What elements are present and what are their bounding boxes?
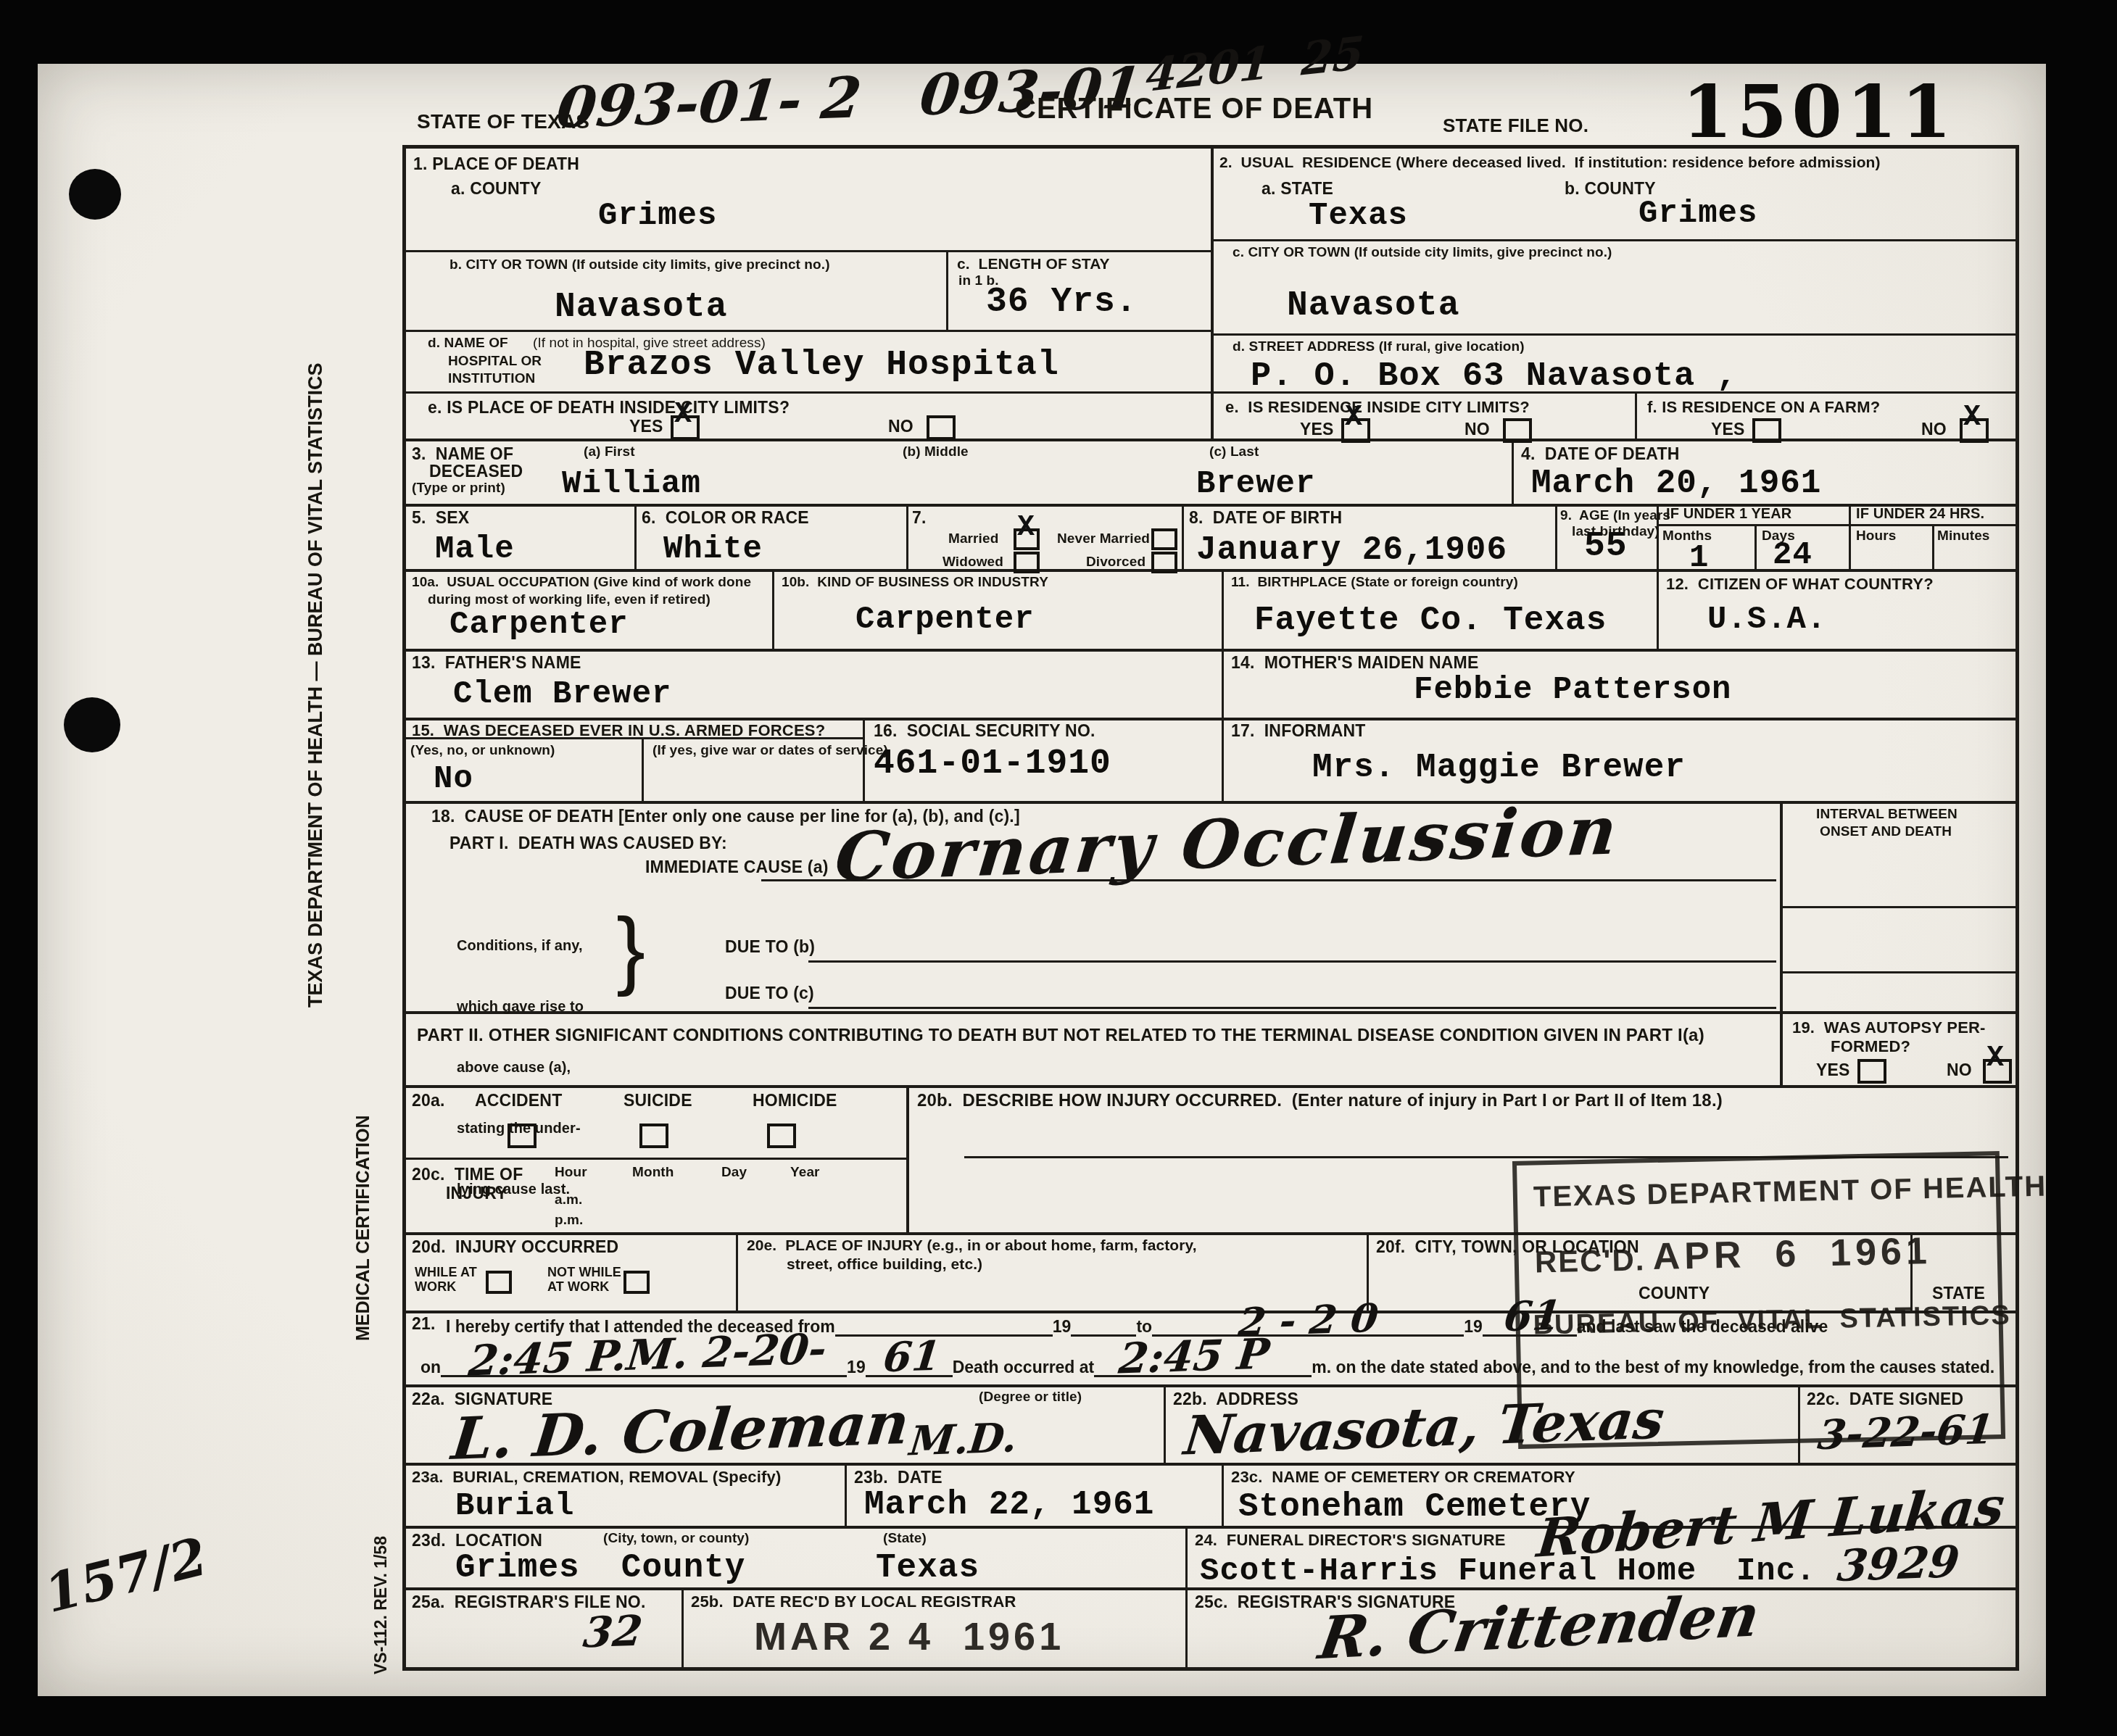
residence-limits-no-checkbox[interactable]	[1503, 418, 1532, 443]
business-value: Carpenter	[855, 602, 1035, 638]
due-to-c-label: DUE TO (c)	[725, 984, 814, 1003]
year-label: Year	[790, 1165, 820, 1181]
certify-from-blank	[835, 1334, 1053, 1337]
date-of-death-value: March 20, 1961	[1531, 465, 1821, 502]
mother-name-label: 14. MOTHER'S MAIDEN NAME	[1231, 653, 1478, 673]
burial-label: 23a. BURIAL, CREMATION, REMOVAL (Specify…	[412, 1468, 782, 1487]
widowed-label: Widowed	[942, 555, 1003, 570]
burial-date-label: 23b. DATE	[854, 1468, 942, 1487]
accident-label: ACCIDENT	[475, 1091, 562, 1110]
state-file-no-label: STATE FILE NO.	[1443, 115, 1588, 137]
last-name-label: (c) Last	[1209, 444, 1259, 460]
autopsy-no-checkbox[interactable]: X	[1983, 1059, 2012, 1084]
usual-residence-section-label: 2. USUAL RESIDENCE (Where deceased lived…	[1219, 154, 1881, 172]
punch-hole	[64, 697, 120, 752]
place-city-limits-label: e. IS PLACE OF DEATH INSIDE CITY LIMITS?	[428, 398, 790, 418]
form-code-text: VS-112. REV. 1/58	[371, 1457, 391, 1674]
age-label-1: 9. AGE (In years	[1560, 508, 1670, 524]
age-value: 55	[1584, 527, 1628, 566]
last-name-value: Brewer	[1196, 466, 1315, 502]
birthplace-value: Fayette Co. Texas	[1254, 602, 1607, 639]
margin-department-text: TEXAS DEPARTMENT OF HEALTH — BUREAU OF V…	[304, 312, 327, 1008]
conditions-note-line: Conditions, if any,	[457, 936, 584, 956]
pm-label: p.m.	[555, 1213, 583, 1229]
city-value: Navasota	[555, 288, 727, 327]
farm-yes-checkbox[interactable]	[1752, 418, 1781, 443]
location-sub1: (City, town, or county)	[603, 1531, 749, 1547]
location-label: 23d. LOCATION	[412, 1531, 542, 1550]
place-of-injury-label-1: 20e. PLACE OF INJURY (e.g., in or about …	[747, 1237, 1197, 1255]
residence-limits-yes-label: YES	[1300, 420, 1334, 439]
certify-to-year-handwritten: 61	[1501, 1292, 1563, 1342]
minutes-label: Minutes	[1937, 528, 1989, 544]
certify-text-2b: m. on the date stated above, and to the …	[1312, 1358, 1994, 1377]
homicide-checkbox[interactable]	[767, 1124, 796, 1148]
married-mark: X	[1017, 512, 1035, 544]
occupation-value: Carpenter	[449, 607, 629, 643]
immediate-cause-label: IMMEDIATE CAUSE (a)	[645, 857, 829, 877]
hospital-label-2: HOSPITAL OR	[448, 354, 542, 370]
citizen-value: U.S.A.	[1707, 602, 1826, 638]
months-value: 1	[1689, 540, 1709, 576]
under-1-year-label: IF UNDER 1 YEAR	[1666, 506, 1791, 523]
armed-forces-value: No	[434, 761, 473, 797]
armed-forces-sub2: (If yes, give war or dates of service)	[652, 743, 888, 759]
degree-or-title-label: (Degree or title)	[979, 1390, 1082, 1405]
widowed-checkbox[interactable]	[1014, 552, 1040, 573]
farm-yes-label: YES	[1711, 420, 1745, 439]
certify-year-prefix-3: 19	[847, 1358, 866, 1377]
ssn-label: 16. SOCIAL SECURITY NO.	[874, 721, 1095, 741]
name-of-deceased-label-3: (Type or print)	[412, 481, 505, 497]
farm-no-label: NO	[1921, 420, 1947, 439]
certify-on-year-handwritten: 61	[881, 1332, 942, 1382]
never-married-checkbox[interactable]	[1151, 528, 1177, 550]
date-of-birth-label: 8. DATE OF BIRTH	[1189, 508, 1342, 528]
time-of-injury-label-2: INJURY	[446, 1184, 507, 1203]
certify-text-2a: Death occurred at	[953, 1358, 1095, 1377]
conditions-note-line: above cause (a),	[457, 1058, 584, 1078]
accident-checkbox[interactable]	[507, 1124, 536, 1148]
funeral-home-number-handwritten: 3929	[1835, 1537, 1962, 1592]
armed-forces-sub1: (Yes, no, or unknown)	[410, 743, 555, 759]
father-name-label: 13. FATHER'S NAME	[412, 653, 581, 673]
street-address-label: d. STREET ADDRESS (If rural, give locati…	[1232, 339, 1525, 355]
place-limits-yes-mark: X	[674, 399, 692, 431]
state-file-number: 15011	[1682, 69, 1956, 154]
not-while-at-work-checkbox[interactable]	[623, 1271, 650, 1294]
autopsy-label-1: 19. WAS AUTOPSY PER-	[1792, 1018, 1986, 1037]
under-24-hrs-label: IF UNDER 24 HRS.	[1856, 506, 1984, 523]
place-limits-yes-label: YES	[629, 417, 663, 436]
date-signed-label: 22c. DATE SIGNED	[1807, 1390, 1963, 1409]
ssn-value: 461-01-1910	[874, 744, 1111, 784]
place-limits-no-label: NO	[888, 417, 913, 436]
hospital-label-3: INSTITUTION	[448, 371, 535, 387]
stamp-line-1: TEXAS DEPARTMENT OF HEALTH	[1533, 1171, 2047, 1214]
residence-city-label: c. CITY OR TOWN (If outside city limits,…	[1232, 245, 1612, 261]
autopsy-no-label: NO	[1947, 1060, 1972, 1080]
residence-limits-yes-checkbox[interactable]: X	[1341, 418, 1370, 443]
certify-text-1b: and last saw the deceased alive	[1577, 1317, 1828, 1337]
autopsy-no-mark: X	[1986, 1042, 2004, 1075]
county-label: a. COUNTY	[451, 179, 541, 199]
marital-label: 7.	[912, 508, 927, 528]
certify-on-label: on	[420, 1358, 441, 1377]
physician-degree-handwritten: M.D.	[907, 1413, 1019, 1465]
homicide-label: HOMICIDE	[753, 1091, 837, 1110]
place-limits-yes-checkbox[interactable]: X	[671, 415, 700, 440]
death-certificate-scan: 157/2 TEXAS DEPARTMENT OF HEALTH — BUREA…	[0, 0, 2117, 1736]
conditions-brace: }	[616, 899, 645, 999]
hospital-label-1: d. NAME OF	[428, 336, 508, 352]
punch-hole	[69, 169, 121, 220]
autopsy-yes-checkbox[interactable]	[1857, 1059, 1886, 1084]
cemetery-value: Stoneham Cemetery	[1238, 1488, 1591, 1526]
date-signed-handwritten: 3-22-61	[1815, 1405, 1996, 1459]
armed-forces-label: 15. WAS DECEASED EVER IN U.S. ARMED FORC…	[412, 721, 825, 740]
certification-number: 21.	[412, 1314, 436, 1334]
informant-value: Mrs. Maggie Brewer	[1312, 749, 1686, 786]
not-while-at-work-label-1: NOT WHILE	[547, 1265, 621, 1280]
name-of-deceased-label-1: 3. NAME OF	[412, 444, 513, 464]
hospital-value: Brazos Valley Hospital	[584, 346, 1059, 385]
date-of-death-label: 4. DATE OF DEATH	[1521, 444, 1680, 464]
burial-date-value: March 22, 1961	[864, 1486, 1154, 1524]
while-at-work-label-2: WORK	[415, 1279, 456, 1295]
location-value: Grimes County	[455, 1549, 745, 1587]
part2-label: PART II. OTHER SIGNIFICANT CONDITIONS CO…	[417, 1026, 1704, 1046]
certify-on-year-blank: 61	[866, 1375, 953, 1377]
cemetery-label: 23c. NAME OF CEMETERY OR CREMATORY	[1231, 1468, 1575, 1487]
mother-name-value: Febbie Patterson	[1414, 672, 1731, 708]
residence-city-value: Navasota	[1287, 286, 1459, 325]
color-race-value: White	[663, 531, 763, 568]
sex-value: Male	[435, 531, 515, 568]
residence-county-value: Grimes	[1638, 196, 1757, 232]
certificate-form: 1. PLACE OF DEATH a. COUNTY Grimes b. CI…	[402, 145, 2019, 1671]
residence-farm-label: f. IS RESIDENCE ON A FARM?	[1647, 398, 1880, 417]
residence-limits-label: e. IS RESIDENCE INSIDE CITY LIMITS?	[1225, 398, 1530, 417]
autopsy-yes-label: YES	[1816, 1060, 1850, 1080]
divorced-label: Divorced	[1086, 555, 1145, 570]
residence-state-value: Texas	[1309, 198, 1408, 234]
death-time-handwritten: 2:45 P	[1116, 1329, 1272, 1383]
certify-on-blank: 2:45 P.M. 2-20-	[441, 1375, 847, 1377]
margin-medical-certification-text: MEDICAL CERTIFICATION	[353, 1037, 374, 1341]
not-while-at-work-label-2: AT WORK	[547, 1279, 609, 1295]
name-of-deceased-label-2: DECEASED	[429, 462, 523, 481]
interval-header-2: ONSET AND DEATH	[1820, 824, 1952, 840]
registrar-file-value-handwritten: 32	[581, 1606, 645, 1658]
business-label: 10b. KIND OF BUSINESS OR INDUSTRY	[782, 575, 1048, 591]
birthplace-label: 11. BIRTHPLACE (State or foreign country…	[1231, 575, 1518, 591]
residence-state-label: a. STATE	[1261, 179, 1333, 199]
length-of-stay-value: 36 Yrs.	[986, 283, 1138, 322]
certify-year-prefix: 19	[1053, 1317, 1072, 1337]
injury-occurred-label: 20d. INJURY OCCURRED	[412, 1237, 618, 1257]
place-of-death-section-label: 1. PLACE OF DEATH	[413, 154, 579, 174]
funeral-director-label: 24. FUNERAL DIRECTOR'S SIGNATURE	[1195, 1531, 1506, 1550]
month-label: Month	[632, 1165, 674, 1181]
married-label: Married	[948, 531, 998, 547]
days-value: 24	[1773, 537, 1812, 573]
county-value: Grimes	[598, 198, 717, 234]
married-checkbox[interactable]: X	[1014, 528, 1040, 550]
certify-year-prefix-2: 19	[1464, 1317, 1483, 1337]
stamp-recd-label: REC'D.	[1534, 1242, 1646, 1279]
date-of-birth-value: January 26,1906	[1196, 531, 1507, 569]
while-at-work-checkbox[interactable]	[486, 1271, 512, 1294]
place-limits-no-checkbox[interactable]	[927, 415, 956, 440]
middle-name-label: (b) Middle	[903, 444, 969, 460]
certify-to-year-blank: 61	[1483, 1334, 1577, 1337]
certificate-title: CERTIFICATE OF DEATH	[1015, 93, 1373, 125]
street-address-value: P. O. Box 63 Navasota ,	[1251, 357, 1738, 396]
suicide-checkbox[interactable]	[639, 1124, 668, 1148]
length-of-stay-label: c. LENGTH OF STAY	[957, 256, 1110, 273]
city-label: b. CITY OR TOWN (If outside city limits,…	[449, 257, 830, 273]
injury-20a-label: 20a.	[412, 1091, 445, 1110]
occupation-label-1: 10a. USUAL OCCUPATION (Give kind of work…	[412, 575, 751, 591]
autopsy-label-2: FORMED?	[1831, 1037, 1910, 1056]
am-label: a.m.	[555, 1192, 582, 1208]
part1-label: PART I. DEATH WAS CAUSED BY:	[449, 834, 727, 853]
residence-limits-yes-mark: X	[1345, 402, 1362, 434]
informant-label: 17. INFORMANT	[1231, 721, 1366, 741]
location-sub2: (State)	[883, 1531, 927, 1547]
date-received-stamp: MAR 2 4 1961	[754, 1614, 1064, 1659]
sex-label: 5. SEX	[412, 508, 469, 528]
describe-injury-label: 20b. DESCRIBE HOW INJURY OCCURRED. (Ente…	[917, 1091, 1723, 1111]
residence-limits-no-label: NO	[1464, 420, 1490, 439]
never-married-label: Never Married	[1057, 531, 1150, 547]
while-at-work-label-1: WHILE AT	[415, 1265, 477, 1280]
stamp-date: APR 6 1961	[1652, 1229, 1931, 1279]
occupation-label-2: during most of working life, even if ret…	[428, 592, 710, 608]
time-of-injury-label-1: 20c. TIME OF	[412, 1165, 523, 1184]
due-to-b-label: DUE TO (b)	[725, 937, 815, 957]
father-name-value: Clem Brewer	[453, 676, 671, 713]
day-label: Day	[721, 1165, 747, 1181]
farm-no-checkbox[interactable]: X	[1960, 418, 1989, 443]
first-name-value: William	[562, 466, 701, 502]
hours-label: Hours	[1856, 528, 1896, 544]
location-state-value: Texas	[876, 1549, 979, 1587]
interval-header-1: INTERVAL BETWEEN	[1816, 807, 1957, 823]
conditions-note-line: which gave rise to	[457, 997, 584, 1017]
hour-label: Hour	[555, 1165, 587, 1181]
date-received-label: 25b. DATE REC'D BY LOCAL REGISTRAR	[691, 1592, 1016, 1611]
citizen-label: 12. CITIZEN OF WHAT COUNTRY?	[1666, 575, 1934, 594]
place-of-injury-label-2: street, office building, etc.)	[787, 1256, 982, 1274]
first-name-label: (a) First	[584, 444, 635, 460]
divorced-checkbox[interactable]	[1151, 552, 1177, 573]
burial-value: Burial	[455, 1488, 574, 1524]
color-race-label: 6. COLOR OR RACE	[642, 508, 809, 528]
suicide-label: SUICIDE	[623, 1091, 692, 1110]
death-time-blank: 2:45 P	[1094, 1375, 1312, 1377]
farm-no-mark: X	[1963, 402, 1981, 434]
